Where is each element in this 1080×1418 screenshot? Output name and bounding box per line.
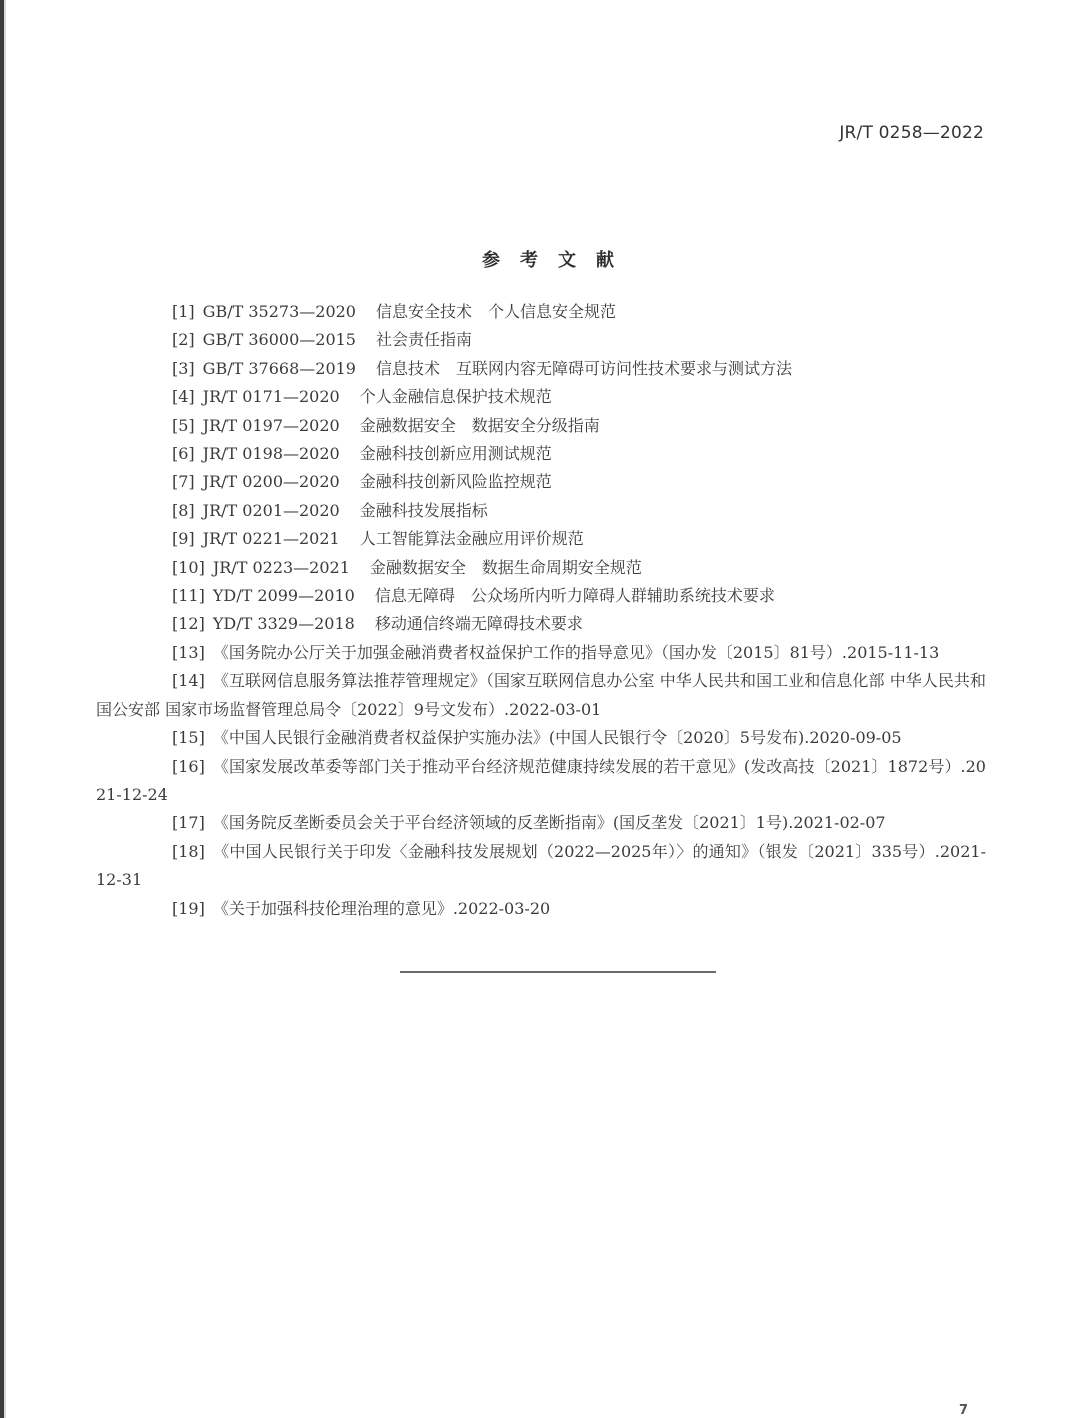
reference-code: JR/T 0221—2021 — [203, 529, 340, 548]
reference-title: 个人金融信息保护技术规范 — [360, 387, 552, 406]
reference-item: [17]《国务院反垄断委员会关于平台经济领域的反垄断指南》(国反垄发〔2021〕… — [96, 809, 986, 837]
reference-text: 《中国人民银行金融消费者权益保护实施办法》(中国人民银行令〔2020〕5号发布)… — [213, 728, 902, 747]
reference-code: JR/T 0223—2021 — [213, 558, 350, 577]
reference-title: 信息技术 互联网内容无障碍可访问性技术要求与测试方法 — [376, 359, 792, 378]
reference-text: 《国家发展改革委等部门关于推动平台经济规范健康持续发展的若干意见》(发改高技〔2… — [96, 757, 986, 804]
reference-number: [3] — [172, 359, 195, 378]
reference-number: [11] — [172, 586, 205, 605]
reference-number: [15] — [172, 728, 205, 747]
reference-list: [1]GB/T 35273—2020信息安全技术 个人信息安全规范 [2]GB/… — [96, 298, 986, 923]
reference-text: 《关于加强科技伦理治理的意见》.2022-03-20 — [213, 899, 550, 918]
reference-number: [2] — [172, 330, 195, 349]
reference-number: [13] — [172, 643, 205, 662]
reference-title: 社会责任指南 — [376, 330, 472, 349]
reference-item: [3]GB/T 37668—2019信息技术 互联网内容无障碍可访问性技术要求与… — [96, 355, 986, 383]
reference-title: 金融科技发展指标 — [360, 501, 488, 520]
reference-item: [10]JR/T 0223—2021金融数据安全 数据生命周期安全规范 — [96, 554, 986, 582]
reference-item: [6]JR/T 0198—2020金融科技创新应用测试规范 — [96, 440, 986, 468]
reference-text: 《中国人民银行关于印发〈金融科技发展规划（2022—2025年）〉的通知》（银发… — [96, 842, 986, 889]
reference-title: 金融科技创新应用测试规范 — [360, 444, 552, 463]
reference-item: [14]《互联网信息服务算法推荐管理规定》（国家互联网信息办公室 中华人民共和国… — [96, 667, 986, 724]
reference-title: 移动通信终端无障碍技术要求 — [375, 614, 583, 633]
reference-number: [12] — [172, 614, 205, 633]
reference-text: 《国务院反垄断委员会关于平台经济领域的反垄断指南》(国反垄发〔2021〕1号).… — [213, 813, 886, 832]
reference-code: JR/T 0171—2020 — [203, 387, 340, 406]
reference-item: [8]JR/T 0201—2020金融科技发展指标 — [96, 497, 986, 525]
reference-code: JR/T 0198—2020 — [203, 444, 340, 463]
reference-title: 金融科技创新风险监控规范 — [360, 472, 552, 491]
reference-item: [2]GB/T 36000—2015社会责任指南 — [96, 326, 986, 354]
reference-number: [16] — [172, 757, 205, 776]
reference-text: 《互联网信息服务算法推荐管理规定》（国家互联网信息办公室 中华人民共和国工业和信… — [96, 671, 986, 718]
reference-number: [1] — [172, 302, 195, 321]
reference-item: [9]JR/T 0221—2021人工智能算法金融应用评价规范 — [96, 525, 986, 553]
reference-number: [8] — [172, 501, 195, 520]
reference-item: [18]《中国人民银行关于印发〈金融科技发展规划（2022—2025年）〉的通知… — [96, 838, 986, 895]
reference-item: [12]YD/T 3329—2018移动通信终端无障碍技术要求 — [96, 610, 986, 638]
reference-number: [10] — [172, 558, 205, 577]
reference-code: GB/T 35273—2020 — [203, 302, 356, 321]
reference-text: 《国务院办公厅关于加强金融消费者权益保护工作的指导意见》（国办发〔2015〕81… — [213, 643, 939, 662]
reference-item: [4]JR/T 0171—2020个人金融信息保护技术规范 — [96, 383, 986, 411]
reference-code: YD/T 3329—2018 — [213, 614, 355, 633]
reference-item: [7]JR/T 0200—2020金融科技创新风险监控规范 — [96, 468, 986, 496]
reference-item: [1]GB/T 35273—2020信息安全技术 个人信息安全规范 — [96, 298, 986, 326]
reference-number: [18] — [172, 842, 205, 861]
reference-item: [5]JR/T 0197—2020金融数据安全 数据安全分级指南 — [96, 412, 986, 440]
end-divider-line — [400, 971, 716, 973]
reference-title: 人工智能算法金融应用评价规范 — [360, 529, 584, 548]
reference-code: GB/T 37668—2019 — [203, 359, 356, 378]
reference-code: JR/T 0200—2020 — [203, 472, 340, 491]
reference-item: [15]《中国人民银行金融消费者权益保护实施办法》(中国人民银行令〔2020〕5… — [96, 724, 986, 752]
reference-item: [19]《关于加强科技伦理治理的意见》.2022-03-20 — [96, 895, 986, 923]
reference-item: [16]《国家发展改革委等部门关于推动平台经济规范健康持续发展的若干意见》(发改… — [96, 753, 986, 810]
reference-number: [7] — [172, 472, 195, 491]
reference-title: 信息无障碍 公众场所内听力障碍人群辅助系统技术要求 — [375, 586, 775, 605]
reference-number: [9] — [172, 529, 195, 548]
document-code: JR/T 0258—2022 — [839, 123, 984, 143]
reference-title: 信息安全技术 个人信息安全规范 — [376, 302, 616, 321]
reference-item: [13]《国务院办公厅关于加强金融消费者权益保护工作的指导意见》（国办发〔201… — [96, 639, 986, 667]
page-number: 7 — [959, 1403, 968, 1418]
reference-number: [5] — [172, 416, 195, 435]
page-left-edge-shadow — [4, 0, 6, 1418]
reference-code: YD/T 2099—2010 — [213, 586, 355, 605]
reference-item: [11]YD/T 2099—2010信息无障碍 公众场所内听力障碍人群辅助系统技… — [96, 582, 986, 610]
reference-number: [17] — [172, 813, 205, 832]
section-title: 参考文献 — [0, 246, 1080, 272]
reference-code: GB/T 36000—2015 — [203, 330, 356, 349]
reference-code: JR/T 0201—2020 — [203, 501, 340, 520]
reference-title: 金融数据安全 数据生命周期安全规范 — [370, 558, 642, 577]
reference-code: JR/T 0197—2020 — [203, 416, 340, 435]
reference-number: [6] — [172, 444, 195, 463]
reference-title: 金融数据安全 数据安全分级指南 — [360, 416, 600, 435]
reference-number: [4] — [172, 387, 195, 406]
reference-number: [14] — [172, 671, 205, 690]
reference-number: [19] — [172, 899, 205, 918]
